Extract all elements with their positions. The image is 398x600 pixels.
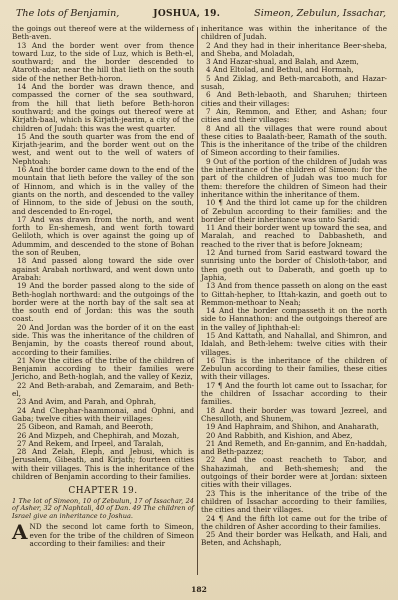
verse: 16 This is the inheritance of the childr… [201,357,387,382]
verse: 19 And the border passed along to the si… [12,282,194,323]
right-column: inheritance was within the inheritance o… [201,25,387,548]
verse: 18 And passed along toward the side over… [12,257,194,282]
book-page: The lots of Benjamin, JOSHUA, 19. Simeon… [0,0,398,600]
verse: 8 And all the villages that were round a… [201,125,387,158]
verse: 21 Now the cities of the tribe of the ch… [12,357,194,382]
column-divider [197,27,198,575]
left-verses: the goings out thereof were at the wilde… [12,25,194,481]
verse: 17 And was drawn from the north, and wen… [12,216,194,257]
verse: 12 And turned from Sarid eastward toward… [201,249,387,282]
verse: 22 And Beth-arabah, and Zemaraim, and Be… [12,382,194,399]
verse: 14 And the border was drawn thence, and … [12,83,194,133]
verse: 21 And Remeth, and En-gannim, and En-had… [201,440,387,457]
chapter-opening: AND the second lot came forth to Simeon,… [12,523,194,548]
opening-text: ND the second lot came forth to Simeon, … [30,522,194,548]
header-left-title: The lots of Benjamin, [16,8,119,19]
left-column: the goings out thereof were at the wilde… [12,25,194,548]
verse: 13 And the border went over from thence … [12,42,194,83]
right-verses: inheritance was within the inheritance o… [201,25,387,548]
verse: 14 And the border compasseth it on the n… [201,307,387,332]
dropcap-letter: A [12,524,28,540]
verse: 17 ¶ And the fourth lot came out to Issa… [201,382,387,407]
verse: 22 And the coast reacheth to Tabor, and … [201,456,387,489]
verse: 2 And they had in their inheritance Beer… [201,42,387,59]
verse: 20 And Jordan was the border of it on th… [12,324,194,357]
verse: 24 ¶ And the fifth lot came out for the … [201,515,387,532]
verse: 15 And the south quarter was from the en… [12,133,194,166]
verse: 25 And their border was Helkath, and Hal… [201,531,387,548]
verse: 16 And the border came down to the end o… [12,166,194,216]
verse: 9 Out of the portion of the children of … [201,158,387,199]
chapter-heading: CHAPTER 19. [12,487,194,495]
verse: 7 Ain, Remmon, and Ether, and Ashan; fou… [201,108,387,125]
verse: 6 And Beth-lebaoth, and Sharuhen; thirte… [201,91,387,108]
page-number: 182 [0,585,398,594]
verse: 18 And their border was toward Jezreel, … [201,407,387,424]
verse: the goings out thereof were at the wilde… [12,25,194,42]
verse: 15 And Kattath, and Nahallal, and Shimro… [201,332,387,357]
verse: 23 This is the inheritance of the tribe … [201,490,387,515]
header-right-title: Simeon, Zebulun, Issachar, [254,8,386,19]
verse: 28 And Zelah, Eleph, and Jebusi, which i… [12,448,194,481]
verse: inheritance was within the inheritance o… [201,25,387,42]
verse: 13 And from thence passeth on along on t… [201,282,387,307]
chapter-summary: 1 The lot of Simeon, 10 of Zebulun, 17 o… [12,498,194,521]
running-header: The lots of Benjamin, JOSHUA, 19. Simeon… [16,8,386,22]
verse: 11 And their border went up toward the s… [201,224,387,249]
verse: 5 And Ziklag, and Beth-marcaboth, and Ha… [201,75,387,92]
header-book-chapter: JOSHUA, 19. [153,9,220,19]
verse: 10 ¶ And the third lot came up for the c… [201,199,387,224]
verse: 24 And Chephar-haammonai, and Ophni, and… [12,407,194,424]
